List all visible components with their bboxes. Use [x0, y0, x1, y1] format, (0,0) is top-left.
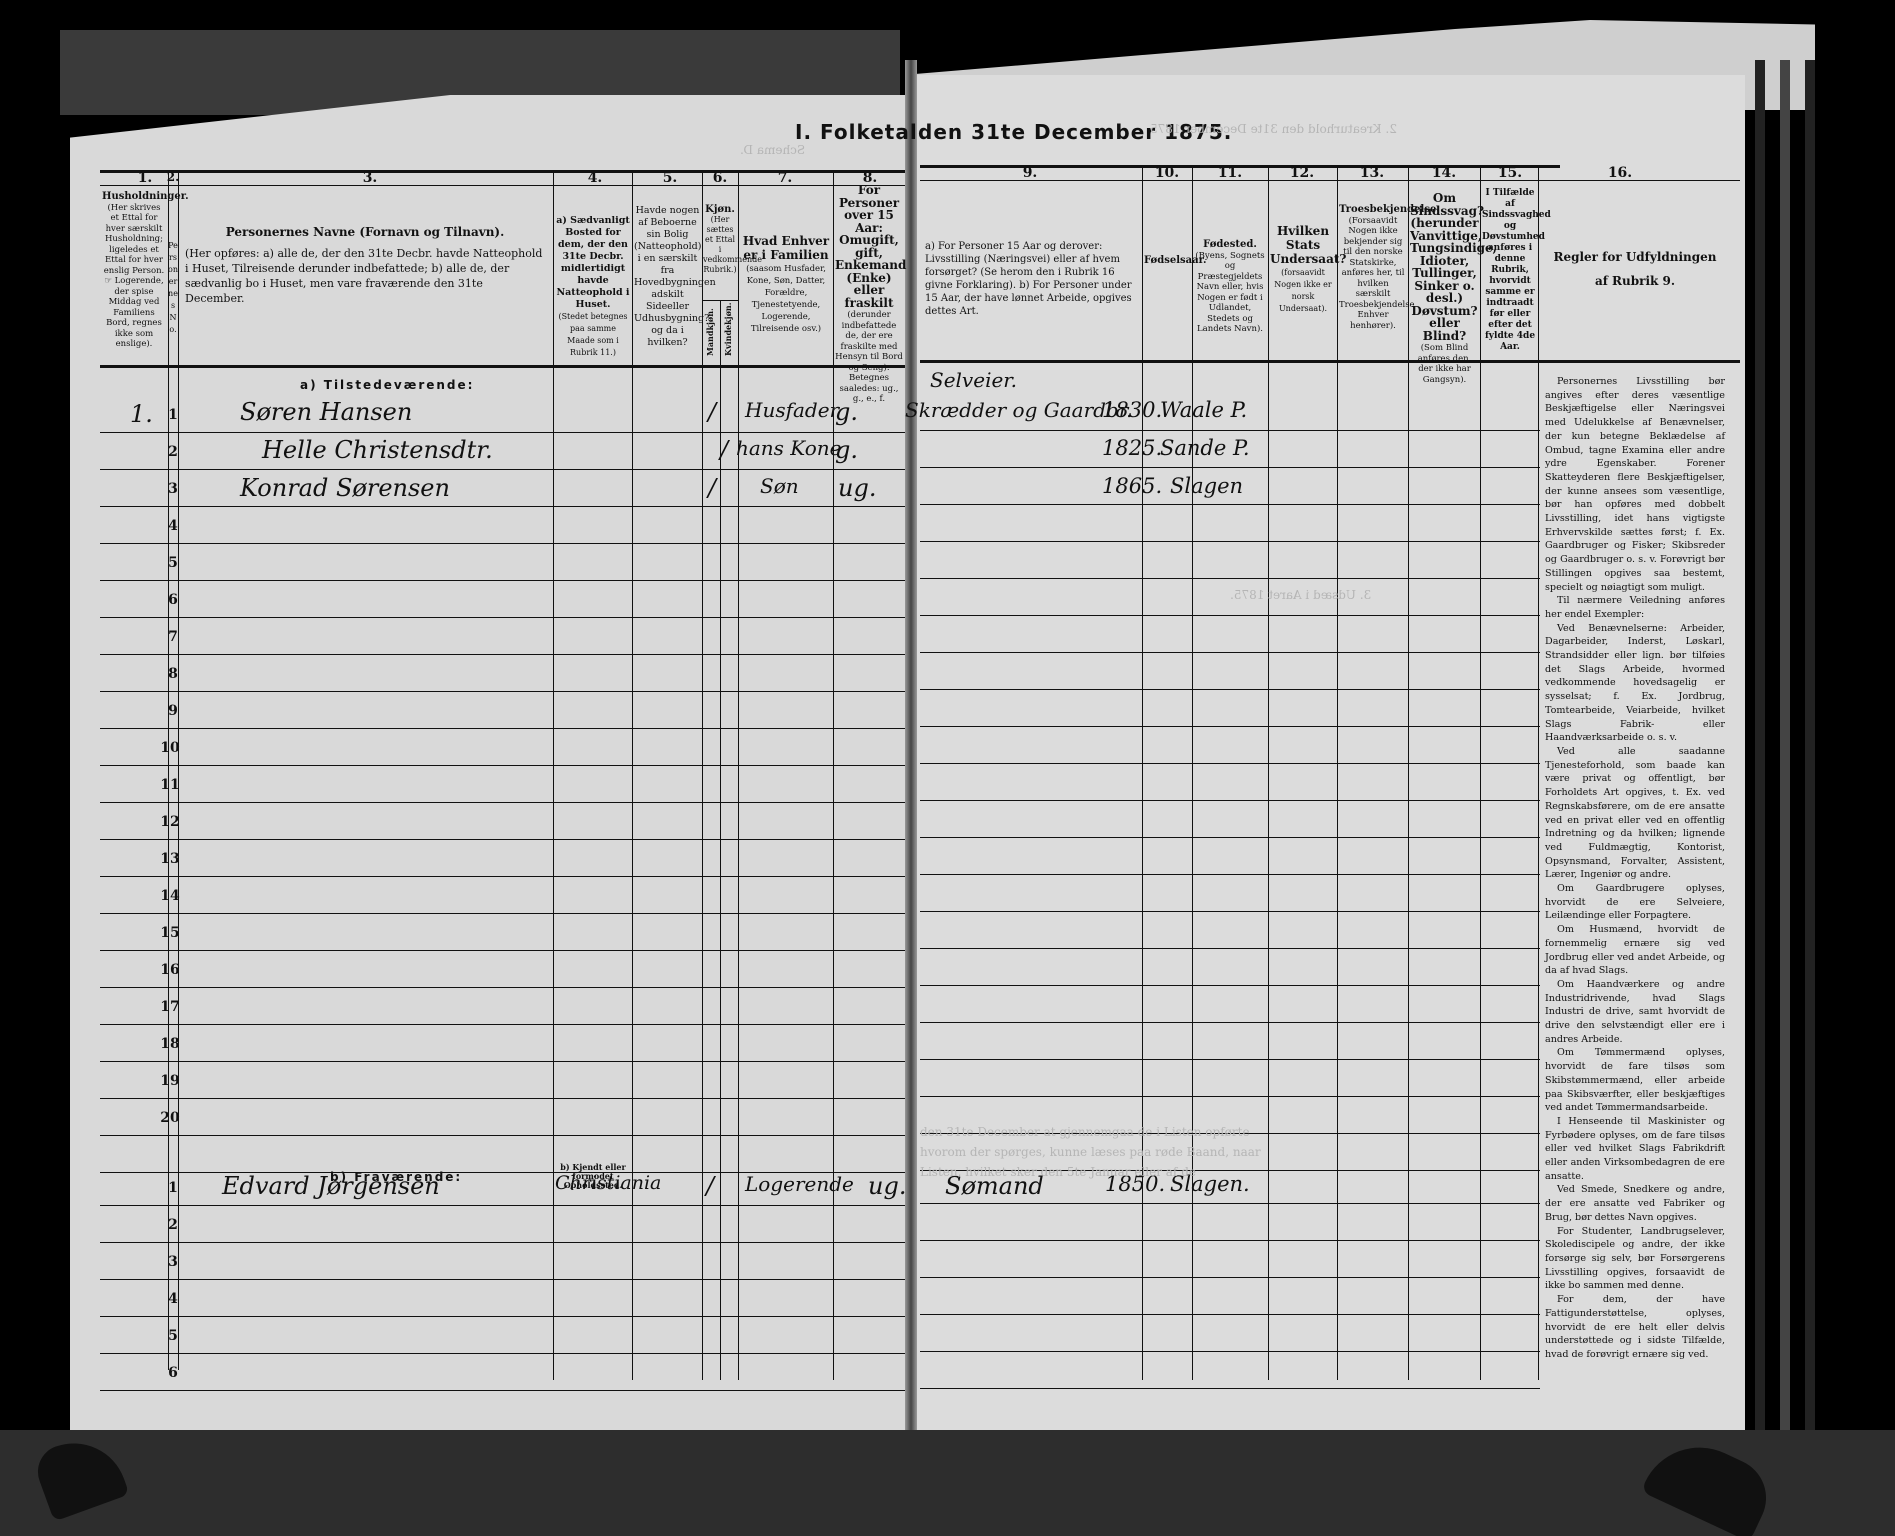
- row-rule: [100, 1098, 905, 1099]
- whereabouts: Christiania: [555, 1172, 661, 1194]
- column-divider: [1480, 165, 1481, 1380]
- row-rule: [100, 432, 905, 433]
- marital-status: g.: [835, 436, 858, 464]
- bleed-through-text: Listen, hvilket sker den 5te Januar elle…: [920, 1165, 1196, 1179]
- occupation: Skrædder og Gaardbr.: [905, 398, 1132, 422]
- row-rule: [920, 467, 1540, 468]
- row-number: 3: [163, 1254, 183, 1270]
- birth-year: 1865.: [1102, 474, 1162, 498]
- rule-paragraph: For dem, der have Fattigunderstøttelse, …: [1545, 1293, 1725, 1362]
- column-header-disability-onset: I Tilfælde af Sindssvaghed og Døvstumhed…: [1482, 188, 1538, 353]
- rubric-9-instructions: Personernes Livsstilling bør angives eft…: [1545, 375, 1725, 1362]
- bleed-through-schema: Schema D.: [740, 143, 805, 157]
- row-rule: [920, 578, 1540, 579]
- row-number: 7: [163, 629, 183, 645]
- bleed-through-section3: 3. Udsæd i Aaret 1875.: [1230, 588, 1371, 602]
- row-rule: [920, 1351, 1540, 1352]
- row-number: 1: [163, 407, 183, 423]
- row-number: 14: [160, 888, 180, 904]
- row-number: 16: [160, 962, 180, 978]
- column-number: 12.: [1282, 165, 1322, 181]
- row-rule: [100, 1353, 905, 1354]
- column-header-gender: Kjøn.(Her sættes et Ettal i vedkommende …: [703, 205, 737, 275]
- page-stack-edge: [1780, 60, 1790, 1520]
- family-role: Søn: [760, 474, 799, 498]
- column-header-religion: Troesbekjendelse.(Forsaavidt Nogen ikke …: [1339, 205, 1407, 331]
- column-number: 4.: [575, 170, 615, 186]
- column-divider: [632, 170, 633, 1380]
- rule-paragraph: Ved alle saadanne Tjenesteforhold, som b…: [1545, 745, 1725, 882]
- column-header-citizenship: Hvilken Stats Undersaat?(forsaavidt Noge…: [1270, 225, 1336, 315]
- column-divider: [1337, 165, 1338, 1380]
- row-rule: [920, 1096, 1540, 1097]
- rule-paragraph: I Henseende til Maskinister og Fyrbødere…: [1545, 1115, 1725, 1184]
- bleed-through-text: den 31te December at gjennemgaa de i Lis…: [920, 1125, 1250, 1139]
- column-number: 6.: [700, 170, 740, 186]
- page-stack-edge: [1755, 60, 1765, 1520]
- family-role: Logerende: [745, 1172, 854, 1196]
- row-rule: [920, 1277, 1540, 1278]
- row-rule: [920, 985, 1540, 986]
- row-number: 18: [160, 1036, 180, 1052]
- rule-paragraph: Om Tømmermænd oplyses, hvorvidt de fare …: [1545, 1046, 1725, 1115]
- row-number: 6: [163, 592, 183, 608]
- column-number: 13.: [1352, 165, 1392, 181]
- gender-mark: /: [706, 1172, 714, 1200]
- row-rule: [100, 1205, 905, 1206]
- gender-subrule: [702, 300, 738, 301]
- rule-paragraph: Ved Smede, Snedkere og andre, der ere an…: [1545, 1183, 1725, 1224]
- marital-status: ug.: [868, 1172, 906, 1200]
- row-rule: [100, 1316, 905, 1317]
- birthplace: Waale P.: [1160, 398, 1247, 422]
- person-name: Konrad Sørensen: [240, 474, 450, 502]
- family-role: Husfader: [745, 398, 839, 422]
- row-number: 20: [160, 1110, 180, 1126]
- row-rule: [920, 504, 1540, 505]
- header-bottom-rule: [920, 360, 1740, 363]
- row-rule: [100, 617, 905, 618]
- row-rule: [920, 874, 1540, 875]
- row-rule: [920, 800, 1540, 801]
- header-bottom-rule: [100, 365, 905, 368]
- row-rule: [100, 691, 905, 692]
- family-role: hans Kone: [736, 436, 841, 460]
- column-header-marital: For Personer over 15 Aar: Omugift, gift,…: [835, 185, 903, 405]
- gender-mark: /: [720, 436, 728, 464]
- rule-paragraph: For Studenter, Landbrugselever, Skoledis…: [1545, 1225, 1725, 1294]
- column-number: 16.: [1600, 165, 1640, 181]
- bleed-through-title: 2. Kreaturhold den 31te December 1875: [1150, 122, 1397, 136]
- column-number: 7.: [765, 170, 805, 186]
- rule-paragraph: Om Gaardbrugere oplyses, hvorvidt de ere…: [1545, 882, 1725, 923]
- row-number: 8: [163, 666, 183, 682]
- marital-status: g.: [835, 398, 858, 426]
- row-number: 1: [163, 1180, 183, 1196]
- row-rule: [920, 615, 1540, 616]
- column-number: 1.: [125, 170, 165, 186]
- birthplace: Slagen: [1170, 474, 1243, 498]
- column-number: 5.: [650, 170, 690, 186]
- column-divider: [738, 170, 739, 1380]
- row-number: 11: [160, 777, 180, 793]
- row-rule: [920, 652, 1540, 653]
- column-header-usual-residence: a) Sædvanligt Bosted for dem, der den 31…: [555, 215, 631, 359]
- row-rule: [920, 1022, 1540, 1023]
- row-number: 5: [163, 555, 183, 571]
- row-number: 3: [163, 481, 183, 497]
- gender-mark: /: [708, 398, 716, 426]
- row-rule: [100, 1279, 905, 1280]
- bleed-through-text: hvorom der spørges, kunne læses paa røde…: [920, 1145, 1261, 1159]
- row-rule: [920, 1240, 1540, 1241]
- occupation-note: Selveier.: [930, 368, 1017, 392]
- birthplace: Sande P.: [1160, 436, 1250, 460]
- rule-paragraph: Ved Benævnelserne: Arbeider, Dagarbeider…: [1545, 622, 1725, 745]
- row-rule: [100, 765, 905, 766]
- row-rule: [100, 1390, 905, 1391]
- row-number: 15: [160, 925, 180, 941]
- row-number: 5: [163, 1328, 183, 1344]
- birth-year: 1830.: [1102, 398, 1162, 422]
- row-number: 6: [163, 1365, 183, 1381]
- column-number: 10.: [1147, 165, 1187, 181]
- row-number: 17: [160, 999, 180, 1015]
- birth-year: 1825.: [1102, 436, 1162, 460]
- row-number: 2: [163, 1217, 183, 1233]
- section-present-label: a) Tilstedeværende:: [300, 378, 474, 392]
- row-rule: [100, 839, 905, 840]
- person-name: Edvard Jørgensen: [222, 1172, 440, 1200]
- page-title-left: I. Folketal: [795, 120, 918, 144]
- column-divider: [1268, 165, 1269, 1380]
- row-number: 12: [160, 814, 180, 830]
- column-header-disability: Om Sindssvag? (herunder Vanvittige, Tung…: [1410, 193, 1479, 385]
- column-header-birthplace: Fødested.(Byens, Sognets og Præstegjelde…: [1194, 240, 1266, 335]
- scan-background-bottom: [0, 1430, 1895, 1536]
- rule-paragraph: Om Husmænd, hvorvidt de fornemmelig ernæ…: [1545, 923, 1725, 978]
- row-rule: [100, 580, 905, 581]
- subheader-male: Mandkjøn.: [704, 326, 716, 356]
- column-number: 14.: [1424, 165, 1464, 181]
- row-rule: [920, 837, 1540, 838]
- column-header-names: Personernes Navne (Fornavn og Tilnavn).(…: [185, 225, 545, 306]
- person-name: Helle Christensdtr.: [262, 436, 493, 464]
- gender-mark: /: [708, 474, 716, 502]
- column-divider: [833, 170, 834, 1380]
- row-rule: [100, 469, 905, 470]
- row-number: 13: [160, 851, 180, 867]
- row-rule: [100, 1061, 905, 1062]
- row-rule: [100, 543, 905, 544]
- column-divider: [1192, 165, 1193, 1380]
- column-divider: [553, 170, 554, 1380]
- row-rule: [100, 987, 905, 988]
- person-name: Søren Hansen: [240, 398, 412, 426]
- row-rule: [920, 430, 1540, 431]
- rule-paragraph: Om Haandværkere og andre Industridrivend…: [1545, 978, 1725, 1047]
- row-rule: [100, 913, 905, 914]
- row-number: 2: [163, 444, 183, 460]
- row-rule: [920, 948, 1540, 949]
- row-rule: [100, 1242, 905, 1243]
- household-number: 1.: [130, 400, 153, 428]
- row-rule: [100, 876, 905, 877]
- column-number: 11.: [1210, 165, 1250, 181]
- row-rule: [100, 1135, 905, 1136]
- row-rule: [100, 654, 905, 655]
- row-rule: [920, 911, 1540, 912]
- row-rule: [920, 1388, 1540, 1389]
- page-stack-edge: [1805, 60, 1815, 1520]
- column-number: 15.: [1490, 165, 1530, 181]
- row-rule: [920, 1059, 1540, 1060]
- row-number: 10: [160, 740, 180, 756]
- row-rule: [100, 1024, 905, 1025]
- column-header-family-role: Hvad Enhver er i Familien(saasom Husfade…: [740, 235, 832, 335]
- row-number: 4: [163, 1291, 183, 1307]
- row-rule: [100, 728, 905, 729]
- column-divider: [1142, 165, 1143, 1380]
- column-header-birth-year: Fødselsaar.: [1144, 255, 1190, 267]
- row-number: 19: [160, 1073, 180, 1089]
- row-rule: [920, 1203, 1540, 1204]
- row-rule: [920, 1314, 1540, 1315]
- row-rule: [920, 689, 1540, 690]
- row-number: 9: [163, 703, 183, 719]
- subheader-female: Kvindekjøn.: [722, 326, 734, 356]
- row-rule: [100, 506, 905, 507]
- column-divider: [1408, 165, 1409, 1380]
- row-rule: [920, 541, 1540, 542]
- marital-status: ug.: [838, 474, 876, 502]
- column-number: 3.: [350, 170, 390, 186]
- row-rule: [920, 726, 1540, 727]
- column-header-occupation: a) For Personer 15 Aar og derover: Livss…: [925, 240, 1137, 318]
- row-rule: [920, 763, 1540, 764]
- column-header-households: Husholdninger.(Her skrives et Ettal for …: [102, 192, 166, 350]
- column-number: 2.: [166, 170, 180, 184]
- column-divider: [702, 170, 703, 1380]
- rule-paragraph: Til nærmere Veiledning anføres her endel…: [1545, 594, 1725, 621]
- row-rule: [100, 802, 905, 803]
- rule-paragraph: Personernes Livsstilling bør angives eft…: [1545, 375, 1725, 594]
- column-divider: [1538, 165, 1539, 1380]
- book-spine: [905, 60, 917, 1520]
- row-number: 4: [163, 518, 183, 534]
- column-number: 9.: [1010, 165, 1050, 181]
- column-header-rules: Regler for Udfyldningen af Rubrik 9.: [1545, 245, 1725, 293]
- column-header-separate-dwelling: Havde nogen af Beboerne sin Bolig (Natte…: [634, 205, 701, 349]
- row-rule: [100, 950, 905, 951]
- column-header-person-no: Personernes No.: [168, 240, 178, 336]
